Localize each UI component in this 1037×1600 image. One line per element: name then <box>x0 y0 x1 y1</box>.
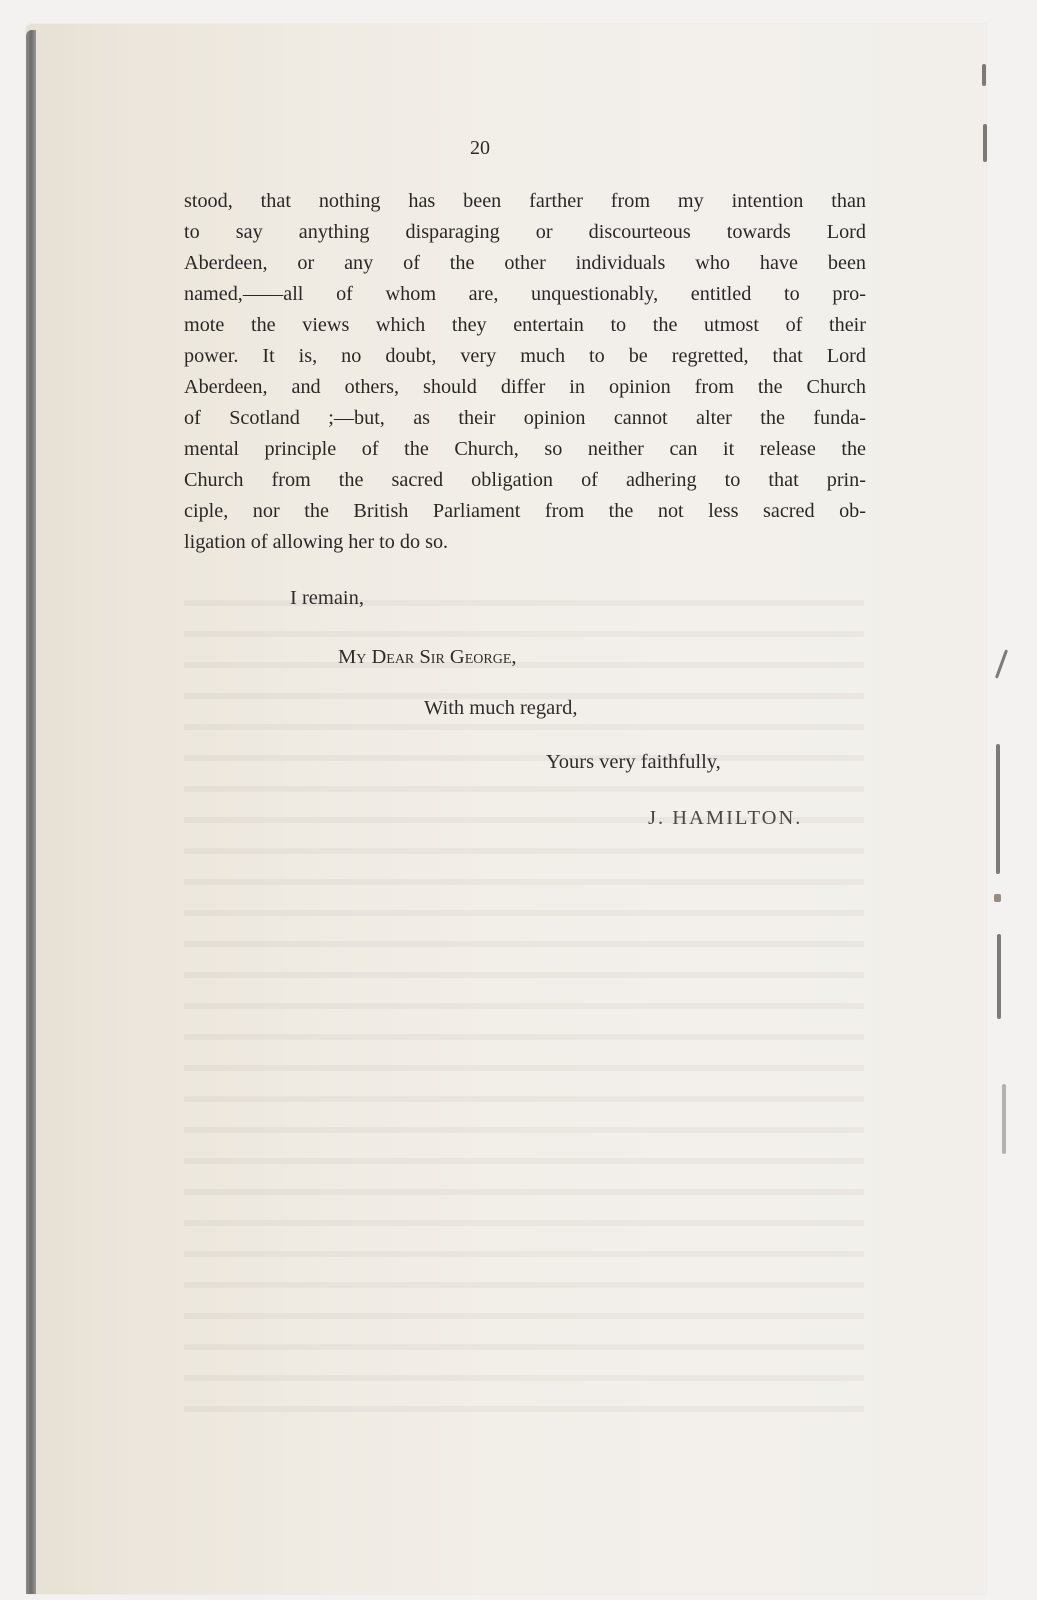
signature: J. HAMILTON. <box>648 807 802 830</box>
page-spine-edge <box>26 30 36 1594</box>
closing-valediction: Yours very faithfully, <box>546 751 721 774</box>
torn-edge-mark <box>996 744 1000 874</box>
torn-edge-mark <box>995 649 1008 678</box>
text-line: power. It is, no doubt, very much to be … <box>184 341 866 372</box>
text-line: ciple, nor the British Parliament from t… <box>184 496 866 527</box>
closing-regard: With much regard, <box>424 697 577 720</box>
text-line: Aberdeen, or any of the other individual… <box>184 248 866 279</box>
text-line: named,——all of whom are, unquestionably,… <box>184 279 866 310</box>
text-line: mote the views which they entertain to t… <box>184 310 866 341</box>
text-line: Aberdeen, and others, should differ in o… <box>184 372 866 403</box>
text-line: Church from the sacred obligation of adh… <box>184 465 866 496</box>
torn-edge-mark <box>997 934 1001 1019</box>
text-line: to say anything disparaging or discourte… <box>184 217 866 248</box>
closing-salutation: My Dear Sir George, <box>338 646 517 669</box>
torn-edge-mark <box>983 124 987 162</box>
closing-remain: I remain, <box>290 587 364 610</box>
page-number: 20 <box>0 137 960 160</box>
text-line: of Scotland ;—but, as their opinion cann… <box>184 403 866 434</box>
text-line: ligation of allowing her to do so. <box>184 527 866 558</box>
torn-edge-mark <box>994 894 1001 902</box>
book-page: 20 stood, that nothing has been farther … <box>26 24 986 1594</box>
letter-paragraph: stood, that nothing has been farther fro… <box>184 186 866 558</box>
torn-edge-mark <box>1002 1084 1006 1154</box>
text-line: stood, that nothing has been farther fro… <box>184 186 866 217</box>
text-line: mental principle of the Church, so neith… <box>184 434 866 465</box>
torn-edge-mark <box>982 64 986 86</box>
